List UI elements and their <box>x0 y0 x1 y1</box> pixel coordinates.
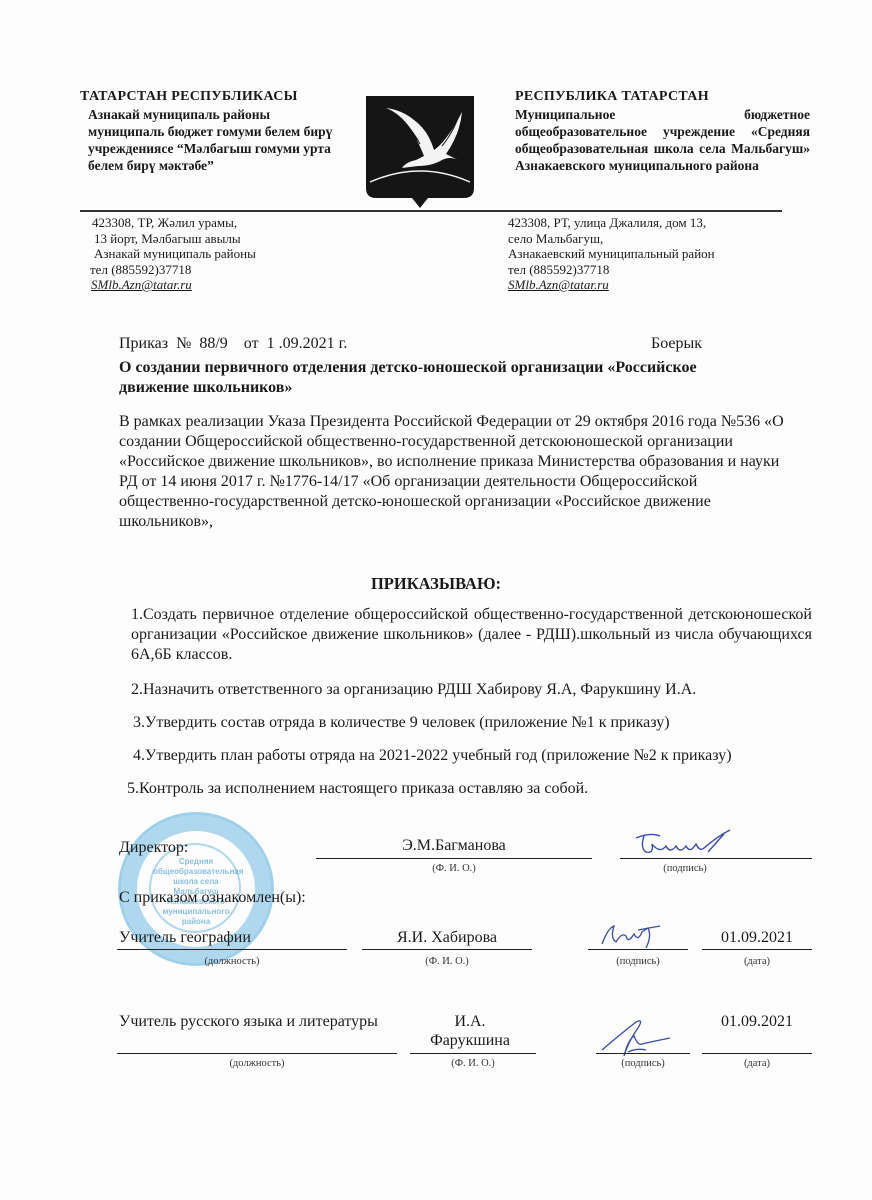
signature-caption: (подпись) <box>596 1058 690 1069</box>
left-org-line: учреждениясе “Мәлбагыш гомуми урта <box>88 140 348 157</box>
director-label: Директор: <box>119 838 188 858</box>
order-item-3: 3.Утвердить состав отряда в количестве 9… <box>133 713 670 733</box>
row1-signature-icon <box>598 922 668 952</box>
address-line: 13 йорт, Мәлбагыш авылы <box>94 231 256 247</box>
order-item-4: 4.Утвердить план работы отряда на 2021-2… <box>133 746 732 766</box>
order-item-1: 1.Создать первичное отделение общероссий… <box>131 605 812 665</box>
row2-date: 01.09.2021 <box>702 1012 812 1032</box>
date-caption: (дата) <box>702 1058 812 1069</box>
address-line: Азнакаевский муниципальный район <box>508 246 715 262</box>
address-line: село Мальбагуш, <box>508 231 715 247</box>
directive-heading: ПРИКАЗЫВАЮ: <box>0 574 872 594</box>
row1-date: 01.09.2021 <box>702 928 812 948</box>
position-caption: (должность) <box>117 1058 397 1069</box>
coat-of-arms-emblem <box>362 94 478 214</box>
stamp-line: муниципального района <box>153 907 239 927</box>
left-org-line: белем бирү мәктәбе” <box>88 157 348 174</box>
left-org-line: Азнакай муниципаль районы <box>88 106 348 123</box>
left-org-name: Азнакай муниципаль районы муниципаль бюд… <box>88 106 348 174</box>
row2-date-line <box>702 1053 812 1054</box>
order-preamble: В рамках реализации Указа Президента Рос… <box>119 412 784 532</box>
left-header-title: ТАТАРСТАН РЕСПУБЛИКАСЫ <box>80 89 298 105</box>
fio-caption: (Ф. И. О.) <box>362 956 532 967</box>
director-name: Э.М.Багманова <box>316 836 592 856</box>
acquainted-label: С приказом ознакомлен(ы): <box>119 888 306 908</box>
right-org-name: Муниципальное бюджетное общеобразователь… <box>515 106 810 174</box>
right-address: 423308, РТ, улица Джалиля, дом 13, село … <box>508 215 715 293</box>
director-signature-line <box>620 858 812 859</box>
header-divider <box>80 210 782 212</box>
row1-position-line <box>117 949 347 950</box>
fio-caption: (Ф. И. О.) <box>316 863 592 874</box>
date-caption: (дата) <box>702 956 812 967</box>
left-org-line: муниципаль бюджет гомуми белем бирү <box>88 123 348 140</box>
eagle-icon <box>362 94 478 214</box>
row2-fio-line <box>410 1053 536 1054</box>
row1-fio-line <box>362 949 532 950</box>
address-line: 423308, РТ, улица Джалиля, дом 13, <box>508 215 715 231</box>
order-number: Приказ № 88/9 от 1 .09.2021 г. <box>119 334 347 354</box>
position-caption: (должность) <box>117 956 347 967</box>
right-header-title: РЕСПУБЛИКА ТАТАРСТАН <box>515 89 709 105</box>
row2-signature-line <box>596 1053 690 1054</box>
row2-position-line <box>117 1053 397 1054</box>
director-fio-line <box>316 858 592 859</box>
order-item-2: 2.Назначить ответственного за организаци… <box>131 680 696 700</box>
row1-name: Я.И. Хабирова <box>362 928 532 948</box>
right-email-link[interactable]: SMlb.Azn@tatar.ru <box>508 277 715 293</box>
order-item-5: 5.Контроль за исполнением настоящего при… <box>127 779 588 799</box>
address-line: тел (885592)37718 <box>90 262 256 278</box>
left-address: 423308, ТР, Жәлил урамы, 13 йорт, Мәлбаг… <box>92 215 256 293</box>
signature-caption: (подпись) <box>620 863 750 874</box>
fio-caption: (Ф. И. О.) <box>410 1058 536 1069</box>
address-line: тел (885592)37718 <box>508 262 715 278</box>
address-line: 423308, ТР, Жәлил урамы, <box>92 215 256 231</box>
signature-caption: (подпись) <box>588 956 688 967</box>
row1-position: Учитель географии <box>119 928 251 948</box>
director-signature-icon <box>630 828 740 862</box>
stamp-line: общеобразовательная <box>153 867 239 877</box>
address-line: Азнакай муниципаль районы <box>94 246 256 262</box>
order-title: О создании первичного отделения детско-ю… <box>119 358 759 398</box>
row2-position: Учитель русского языка и литературы <box>119 1012 389 1031</box>
left-email-link[interactable]: SMlb.Azn@tatar.ru <box>91 277 256 293</box>
row2-name: И.А. Фарукшина <box>420 1012 520 1050</box>
order-place: Боерык <box>651 334 702 354</box>
row1-date-line <box>702 949 812 950</box>
stamp-line: Средняя <box>153 857 239 867</box>
row1-signature-line <box>588 949 688 950</box>
